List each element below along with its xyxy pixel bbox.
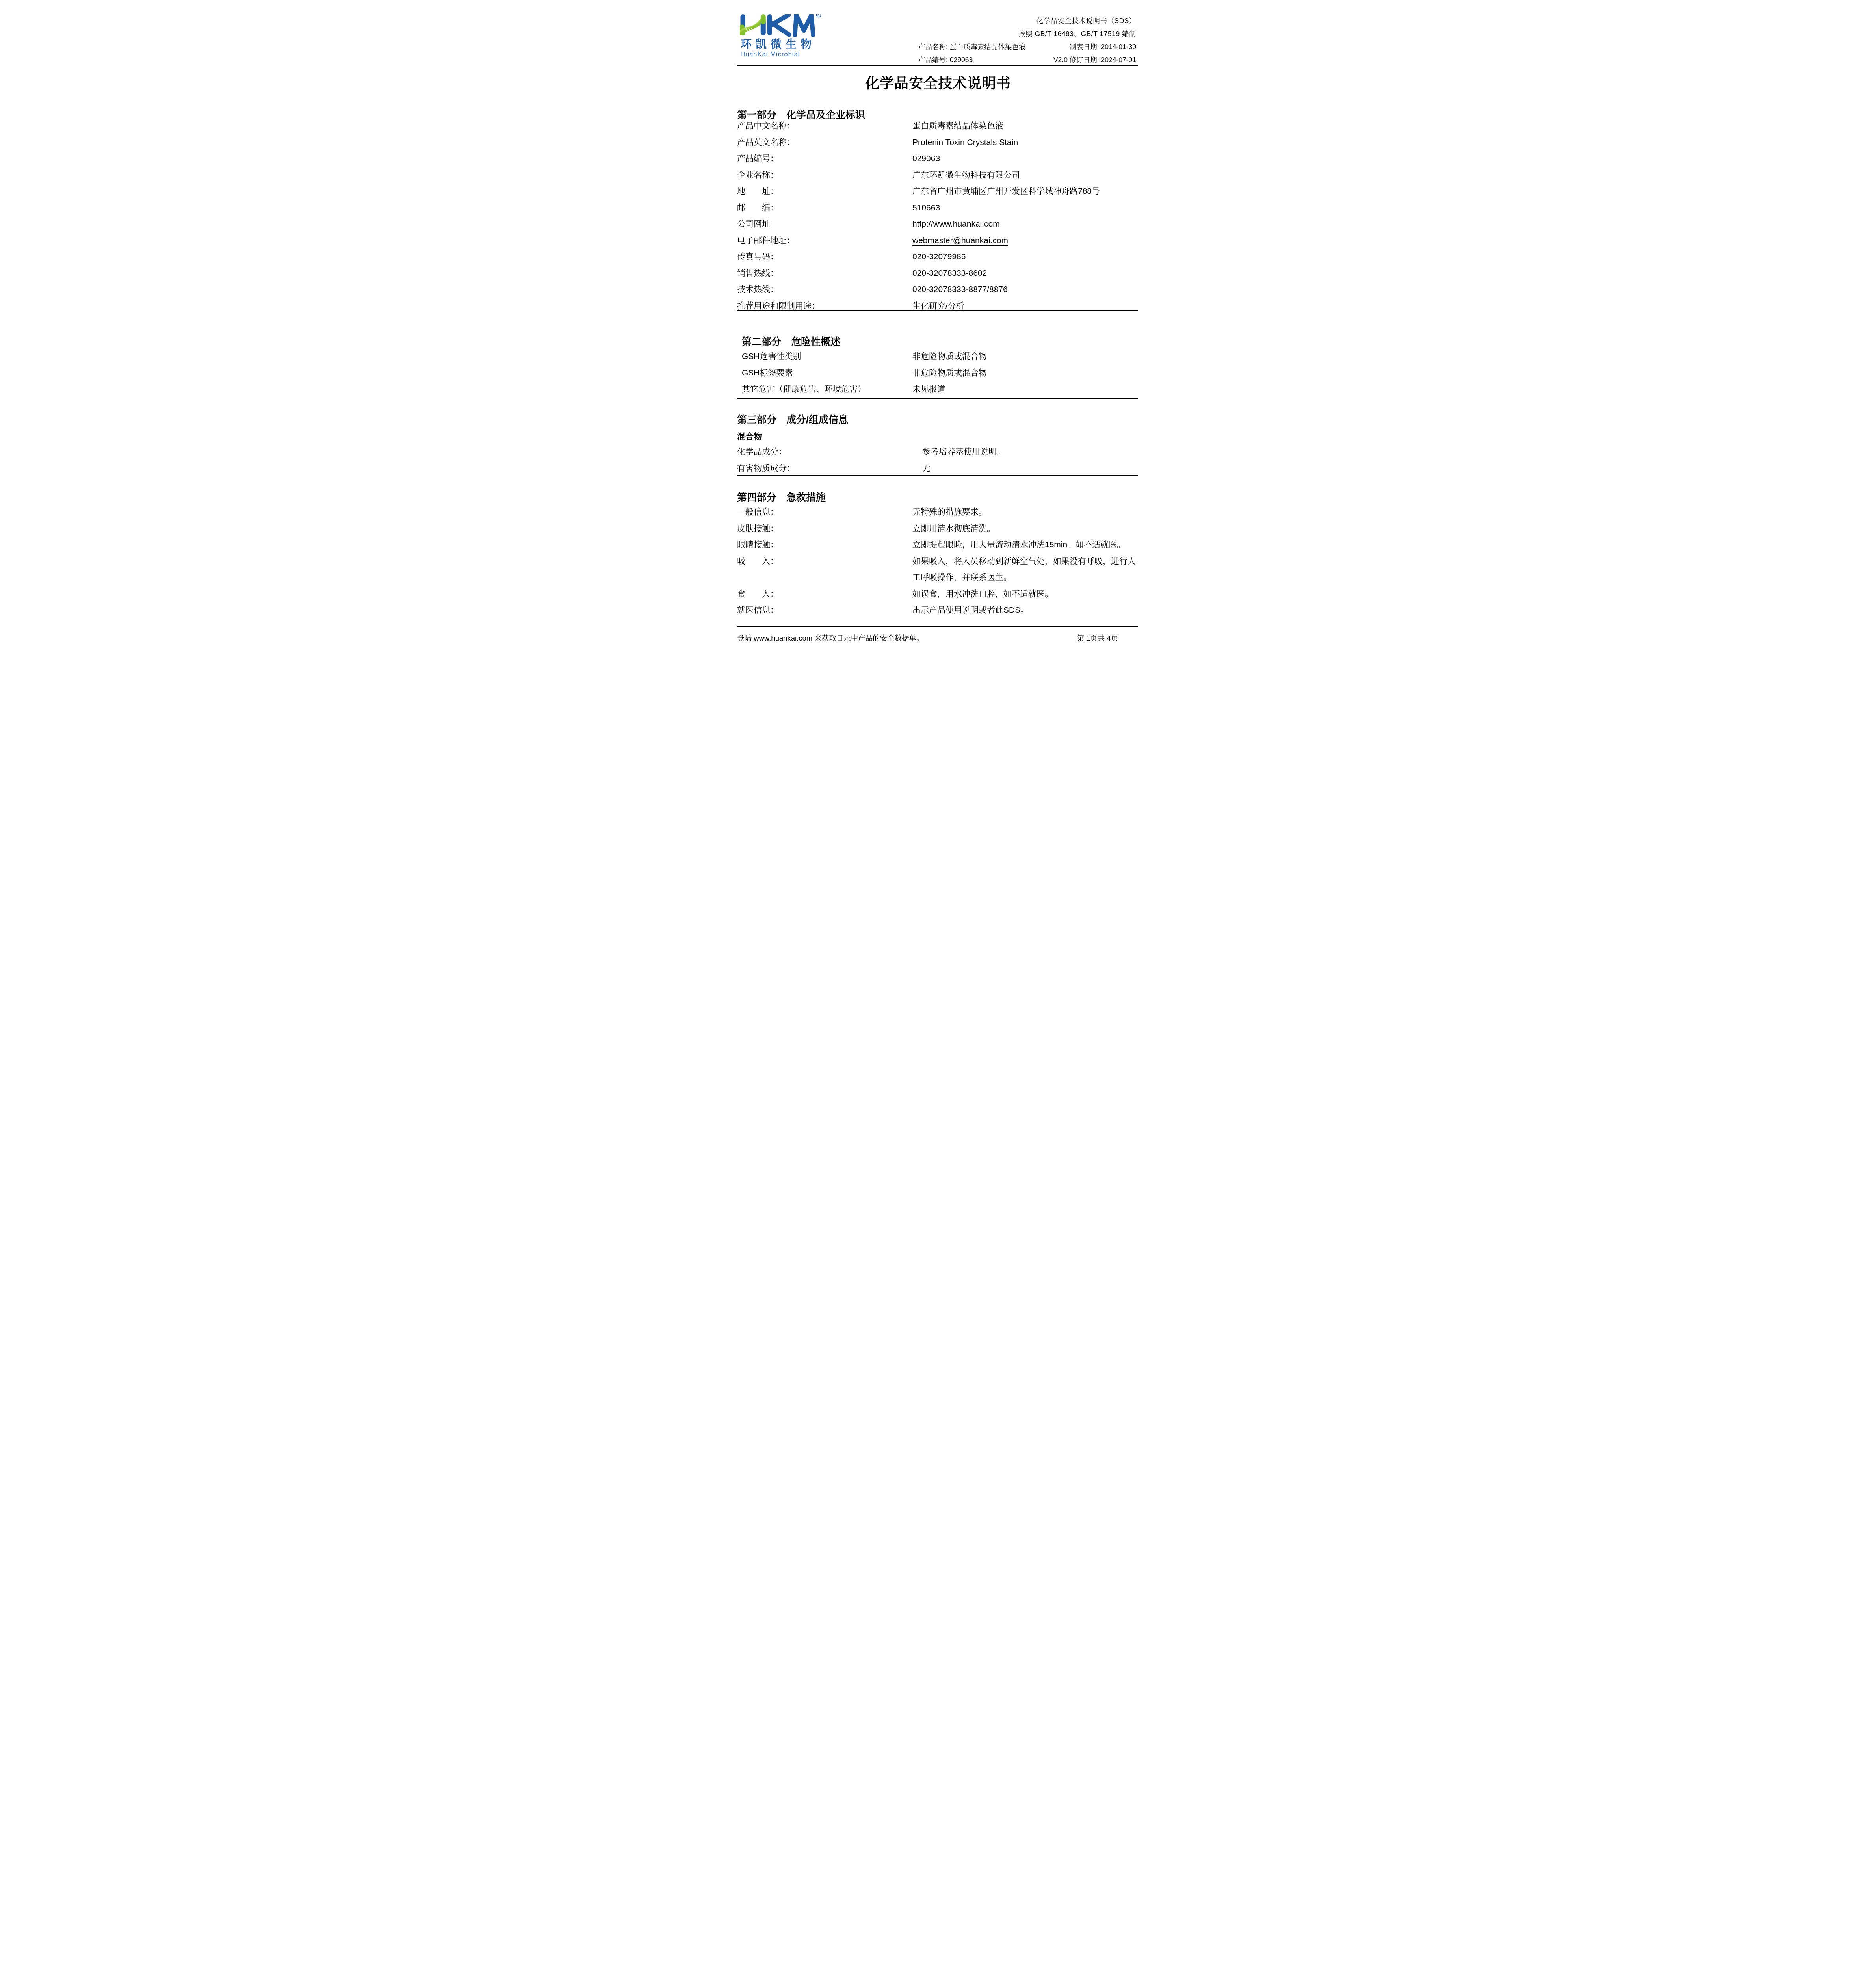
header-standards: 按照 GB/T 16483、GB/T 17519 编制 <box>1018 29 1136 39</box>
field-value: 广东环凯微生物科技有限公司 <box>912 167 1020 184</box>
field-label: 产品编号： <box>737 151 778 167</box>
field-value: 如误食，用水冲洗口腔，如不适就医。 <box>912 586 1053 602</box>
header-product-name: 产品名称: 蛋白质毒素结晶体染色液 <box>918 42 1025 52</box>
svg-text:R: R <box>817 14 820 17</box>
header-doc-type: 化学品安全技术说明书（SDS） <box>1036 16 1136 26</box>
section-1-rows: 产品中文名称：蛋白质毒素结晶体染色液 产品英文名称：Protenin Toxin… <box>737 118 1138 314</box>
table-row: 其它危害（健康危害、环境危害）未见报道 <box>742 381 1138 398</box>
field-value: 029063 <box>912 151 940 167</box>
field-value: 如果吸入，将人员移动到新鲜空气处，如果没有呼吸，进行人工呼吸操作，并联系医生。 <box>912 553 1141 586</box>
field-label: 销售热线： <box>737 265 778 282</box>
section-3-divider <box>737 475 1138 476</box>
field-label: 推荐用途和限制用途： <box>737 298 820 314</box>
field-label: 一般信息： <box>737 504 778 520</box>
field-value: 出示产品使用说明或者此SDS。 <box>912 602 1029 619</box>
header-make-date: 制表日期: 2014-01-30 <box>1070 42 1136 52</box>
field-label: 地 址： <box>737 183 778 200</box>
field-value: 无 <box>922 460 931 477</box>
table-row: 眼睛接触：立即提起眼睑，用大量流动清水冲洗15min。如不适就医。 <box>737 537 1138 553</box>
field-label: 公司网址 <box>737 216 770 232</box>
field-value: 无特殊的措施要求。 <box>912 504 987 520</box>
field-value: Protenin Toxin Crystals Stain <box>912 134 1018 151</box>
hkm-logo: R 环凯微生物 HuanKai Microbial <box>740 14 825 57</box>
header-revision: V2.0 修订日期: 2024-07-01 <box>1053 55 1136 65</box>
field-label: 其它危害（健康危害、环境危害） <box>742 381 866 398</box>
field-label: 邮 编： <box>737 200 778 216</box>
table-row: 有害物质成分：无 <box>737 460 1138 477</box>
sds-document-page: R 环凯微生物 HuanKai Microbial 化学品安全技术说明书（SDS… <box>704 0 1172 663</box>
table-row: 吸 入：如果吸入，将人员移动到新鲜空气处，如果没有呼吸，进行人工呼吸操作，并联系… <box>737 553 1138 586</box>
field-label: 传真号码： <box>737 249 778 265</box>
field-label: 企业名称： <box>737 167 778 184</box>
field-label: 化学品成分： <box>737 444 787 460</box>
table-row: 皮肤接触：立即用清水彻底清洗。 <box>737 520 1138 537</box>
table-row: 技术热线：020-32078333-8877/8876 <box>737 281 1138 298</box>
field-value: 立即提起眼睑，用大量流动清水冲洗15min。如不适就医。 <box>912 537 1125 553</box>
field-label: 产品英文名称： <box>737 134 795 151</box>
table-row: 电子邮件地址：webmaster@huankai.com <box>737 232 1138 249</box>
table-row: 就医信息：出示产品使用说明或者此SDS。 <box>737 602 1138 619</box>
field-value: 510663 <box>912 200 940 216</box>
logo-en-wordmark: HuanKai Microbial <box>741 51 800 57</box>
field-value: 020-32078333-8877/8876 <box>912 281 1008 298</box>
field-label: 产品中文名称： <box>737 118 795 134</box>
field-label: GSH危害性类别 <box>742 348 801 365</box>
section-2-divider <box>737 398 1138 399</box>
table-row: 销售热线：020-32078333-8602 <box>737 265 1138 282</box>
table-row: 产品英文名称：Protenin Toxin Crystals Stain <box>737 134 1138 151</box>
field-value: 020-32078333-8602 <box>912 265 987 282</box>
section-4-heading: 第四部分 急救措施 <box>737 490 826 504</box>
table-row: GSH危害性类别非危险物质或混合物 <box>742 348 1138 365</box>
section-3-subheading: 混合物 <box>737 430 762 442</box>
section-3-rows: 化学品成分：参考培养基使用说明。 有害物质成分：无 <box>737 444 1138 476</box>
email-link[interactable]: webmaster@huankai.com <box>912 236 1008 246</box>
footer-divider <box>737 626 1138 627</box>
field-label: 电子邮件地址： <box>737 232 795 249</box>
table-row: 产品中文名称：蛋白质毒素结晶体染色液 <box>737 118 1138 134</box>
table-row: 推荐用途和限制用途：生化研究/分析 <box>737 298 1138 314</box>
table-row: 企业名称：广东环凯微生物科技有限公司 <box>737 167 1138 184</box>
field-label: 皮肤接触： <box>737 520 778 537</box>
field-value: 020-32079986 <box>912 249 966 265</box>
page-title: 化学品安全技术说明书 <box>704 72 1172 93</box>
section-2-rows: GSH危害性类别非危险物质或混合物 GSH标签要素非危险物质或混合物 其它危害（… <box>742 348 1138 398</box>
table-row: 公司网址http://www.huankai.com <box>737 216 1138 232</box>
field-label: 技术热线： <box>737 281 778 298</box>
table-row: 产品编号：029063 <box>737 151 1138 167</box>
table-row: 一般信息：无特殊的措施要求。 <box>737 504 1138 520</box>
field-value: 非危险物质或混合物 <box>912 348 987 365</box>
field-label: 有害物质成分： <box>737 460 795 477</box>
hkm-logo-icon: R 环凯微生物 HuanKai Microbial <box>740 14 825 57</box>
table-row: 化学品成分：参考培养基使用说明。 <box>737 444 1138 460</box>
field-label: 就医信息： <box>737 602 778 619</box>
company-url: http://www.huankai.com <box>912 216 1000 232</box>
field-value: 未见报道 <box>912 381 945 398</box>
table-row: 邮 编：510663 <box>737 200 1138 216</box>
section-1-divider <box>737 310 1138 311</box>
field-value: 蛋白质毒素结晶体染色液 <box>912 118 1003 134</box>
section-4-rows: 一般信息：无特殊的措施要求。 皮肤接触：立即用清水彻底清洗。 眼睛接触：立即提起… <box>737 504 1138 619</box>
field-value: 广东省广州市黄埔区广州开发区科学城神舟路788号 <box>912 183 1100 200</box>
field-value: 生化研究/分析 <box>912 298 964 314</box>
field-label: 眼睛接触： <box>737 537 778 553</box>
logo-cn-wordmark: 环凯微生物 <box>741 38 815 50</box>
header-product-code: 产品编号: 029063 <box>918 55 973 65</box>
header-divider <box>737 65 1138 66</box>
table-row: 地 址：广东省广州市黄埔区广州开发区科学城神舟路788号 <box>737 183 1138 200</box>
section-2-heading: 第二部分 危险性概述 <box>742 334 840 348</box>
table-row: 食 入：如误食，用水冲洗口腔，如不适就医。 <box>737 586 1138 602</box>
field-value: 非危险物质或混合物 <box>912 365 987 381</box>
footer-page-number: 第 1页共 4页 <box>1077 633 1118 644</box>
field-label: 食 入： <box>737 586 778 602</box>
field-value: 参考培养基使用说明。 <box>922 444 1005 460</box>
field-value: 立即用清水彻底清洗。 <box>912 520 995 537</box>
table-row: 传真号码：020-32079986 <box>737 249 1138 265</box>
footer-note: 登陆 www.huankai.com 来获取目录中产品的安全数据单。 <box>737 633 924 644</box>
table-row: GSH标签要素非危险物质或混合物 <box>742 365 1138 381</box>
field-label: GSH标签要素 <box>742 365 793 381</box>
section-3-heading: 第三部分 成分/组成信息 <box>737 412 848 426</box>
field-label: 吸 入： <box>737 553 778 570</box>
